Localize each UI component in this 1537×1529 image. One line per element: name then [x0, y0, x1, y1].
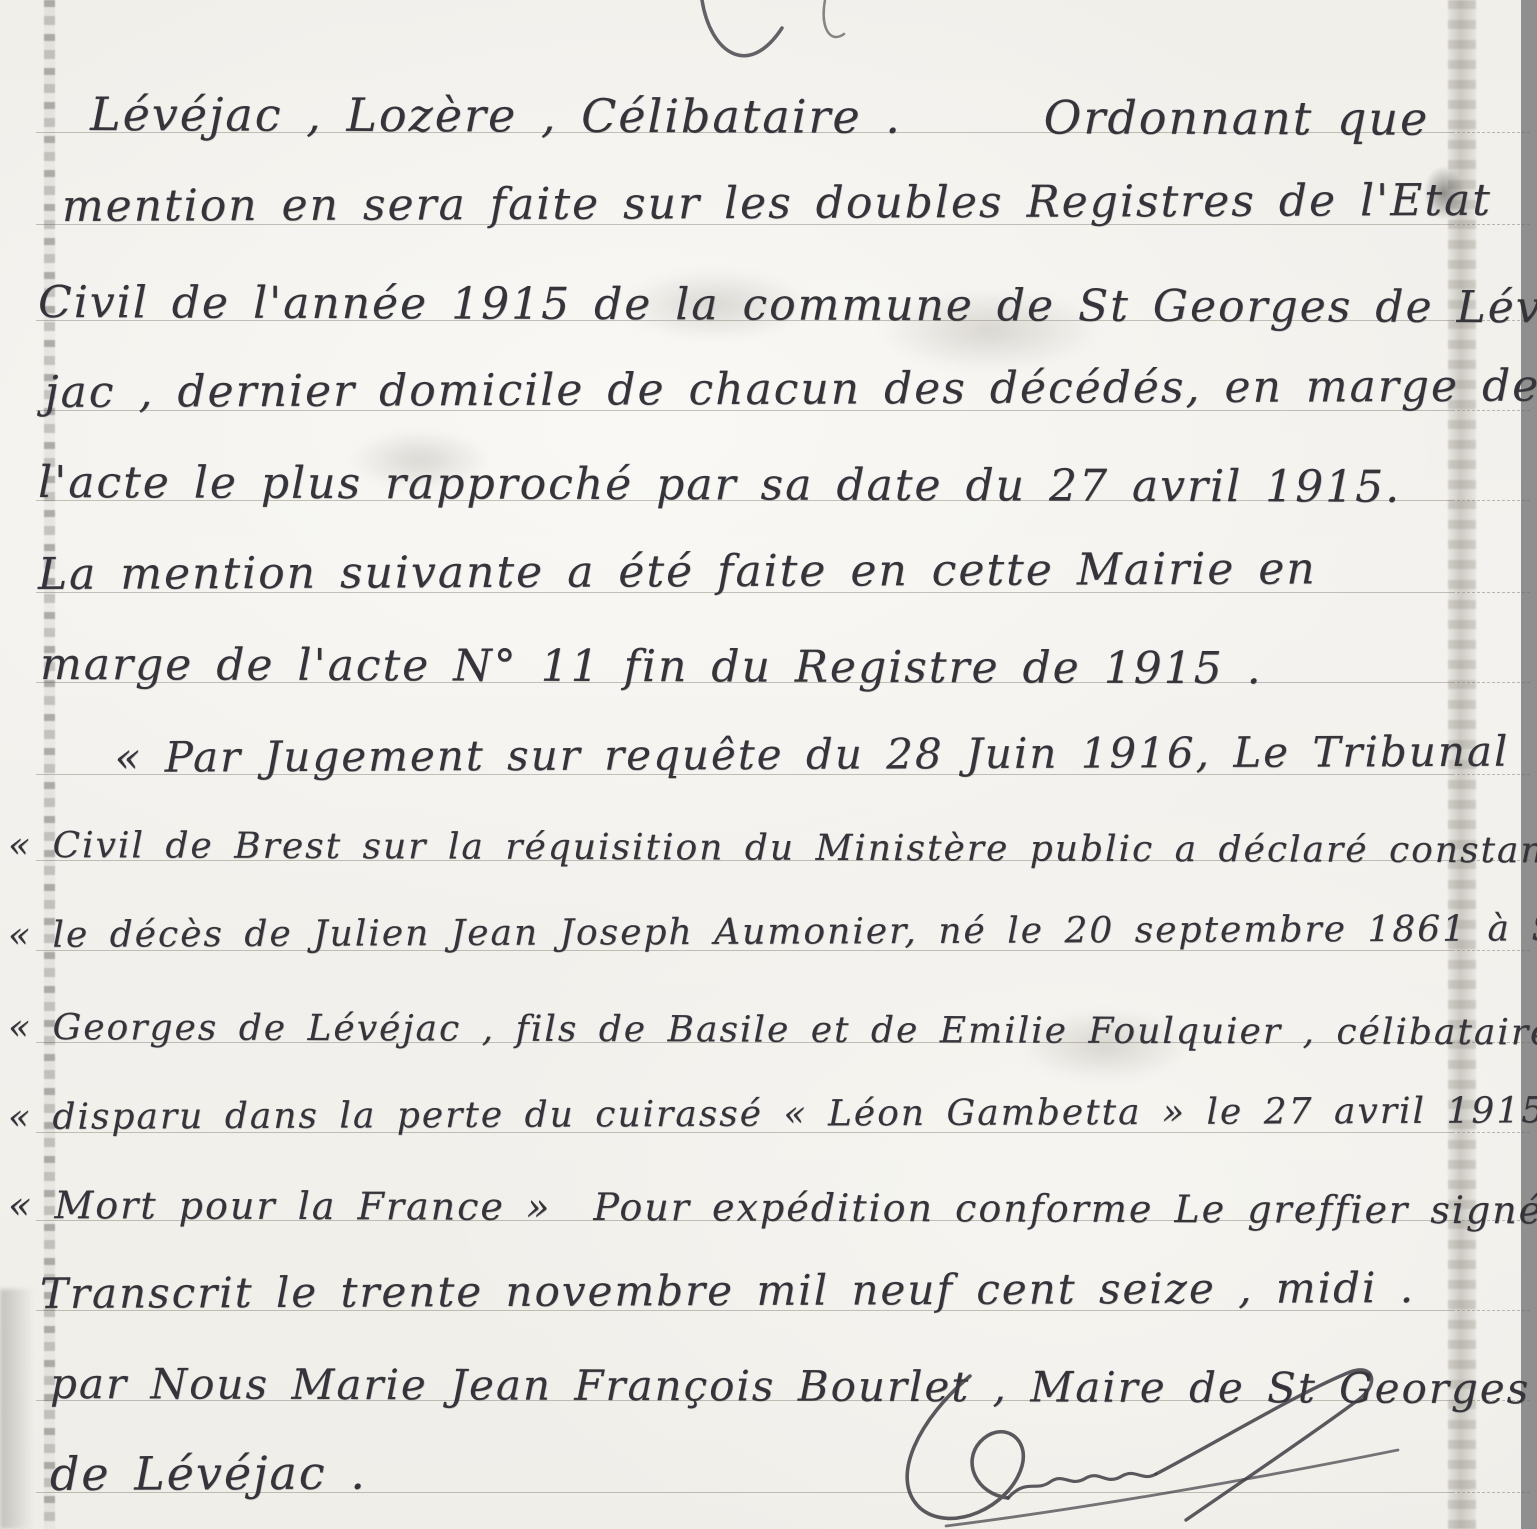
- corner-shadow: [0, 1289, 34, 1529]
- manuscript-line: « le décès de Julien Jean Joseph Aumonie…: [8, 911, 1537, 954]
- scanned-register-sheet: { "page": { "colors": { "paper": "#f2f0e…: [0, 0, 1537, 1529]
- manuscript-line: « Mort pour la France » Pour expédition …: [8, 1186, 1537, 1229]
- cutoff-stroke-fragment: [640, 0, 860, 100]
- manuscript-line: marge de l'acte N° 11 fin du Registre de…: [40, 643, 1263, 691]
- manuscript-line: Civil de l'année 1915 de la commune de S…: [38, 281, 1537, 330]
- manuscript-line: mention en sera faite sur les doubles Re…: [62, 179, 1492, 229]
- manuscript-line: Lévéjac , Lozère , Célibataire . Ordonna…: [90, 91, 1429, 142]
- manuscript-line: « Par Jugement sur requête du 28 Juin 19…: [70, 731, 1510, 779]
- manuscript-line: jac , dernier domicile de chacun des déc…: [45, 364, 1537, 415]
- manuscript-line: « Georges de Lévéjac , fils de Basile et…: [8, 1010, 1537, 1051]
- manuscript-line: l'acte le plus rapproché par sa date du …: [38, 461, 1401, 510]
- manuscript-line: de Lévéjac .: [50, 1450, 367, 1497]
- register-page: Lévéjac , Lozère , Célibataire . Ordonna…: [0, 0, 1521, 1529]
- manuscript-line: « disparu dans la perte du cuirassé « Lé…: [8, 1093, 1537, 1136]
- mayor-signature-flourish: [850, 1358, 1410, 1529]
- manuscript-line: La mention suivante a été faite en cette…: [38, 547, 1317, 597]
- manuscript-line: Transcrit le trente novembre mil neuf ce…: [40, 1267, 1415, 1315]
- manuscript-line: « Civil de Brest sur la réquisition du M…: [8, 828, 1537, 869]
